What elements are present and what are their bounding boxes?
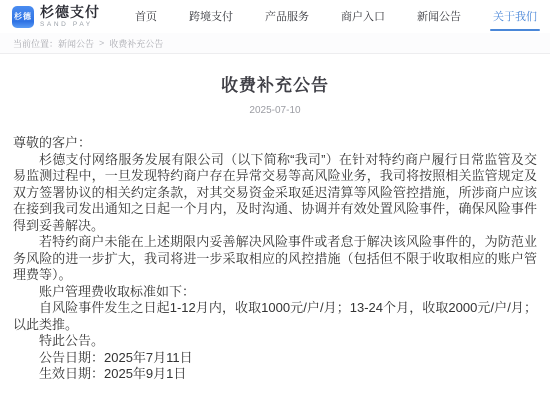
logo-name: 杉德支付 [40, 5, 100, 19]
salutation: 尊敬的客户： [13, 135, 537, 152]
breadcrumb-separator: > [99, 38, 104, 48]
logo-subtitle: SAND PAY [40, 22, 100, 29]
nav-item-products-services[interactable]: 产品服务 [264, 0, 310, 34]
article-body: 尊敬的客户： 杉德支付网络服务发展有限公司（以下简称“我司”）在针对特约商户履行… [13, 135, 537, 383]
paragraph-fee-amounts: 自风险事件发生之日起1-12月内，收取1000元/户/月；13-24个月，收取2… [13, 300, 537, 333]
paragraph-hereby-announced: 特此公告。 [13, 333, 537, 350]
site-header: 杉德 杉德支付 SAND PAY 首页 跨境支付 产品服务 商户入口 新闻公告 … [0, 0, 550, 33]
logo-text: 杉德支付 SAND PAY [40, 5, 100, 29]
nav-item-cross-border-payment[interactable]: 跨境支付 [188, 0, 234, 34]
paragraph-risk-control-measures: 若特约商户未能在上述期限内妥善解决风险事件或者怠于解决该风险事件的，为防范业务风… [13, 234, 537, 284]
article-date: 2025-07-10 [13, 105, 537, 116]
announcement-article: 收费补充公告 2025-07-10 尊敬的客户： 杉德支付网络服务发展有限公司（… [0, 71, 550, 383]
page: 杉德 杉德支付 SAND PAY 首页 跨境支付 产品服务 商户入口 新闻公告 … [0, 0, 550, 414]
nav-item-news-announcements[interactable]: 新闻公告 [416, 0, 462, 34]
breadcrumb: 当前位置： 新闻公告 > 收费补充公告 [0, 33, 550, 54]
breadcrumb-current: 收费补充公告 [109, 37, 163, 50]
page-title: 收费补充公告 [13, 71, 537, 96]
main-nav: 首页 跨境支付 产品服务 商户入口 新闻公告 关于我们 [104, 0, 538, 34]
logo[interactable]: 杉德 杉德支付 SAND PAY [12, 5, 100, 29]
announcement-date-line: 公告日期：2025年7月11日 [13, 350, 537, 367]
logo-badge-text: 杉德 [14, 11, 32, 22]
sandpay-logo-icon: 杉德 [12, 6, 34, 28]
nav-item-about-us[interactable]: 关于我们 [492, 0, 538, 34]
nav-item-merchant-portal[interactable]: 商户入口 [340, 0, 386, 34]
breadcrumb-link-news[interactable]: 新闻公告 [58, 37, 94, 50]
breadcrumb-prefix: 当前位置： [13, 37, 58, 50]
paragraph-fee-standard-heading: 账户管理费收取标准如下： [13, 284, 537, 301]
paragraph-risk-monitoring: 杉德支付网络服务发展有限公司（以下简称“我司”）在针对特约商户履行日常监管及交易… [13, 152, 537, 235]
effective-date-line: 生效日期：2025年9月1日 [13, 366, 537, 383]
nav-item-home[interactable]: 首页 [134, 0, 158, 34]
